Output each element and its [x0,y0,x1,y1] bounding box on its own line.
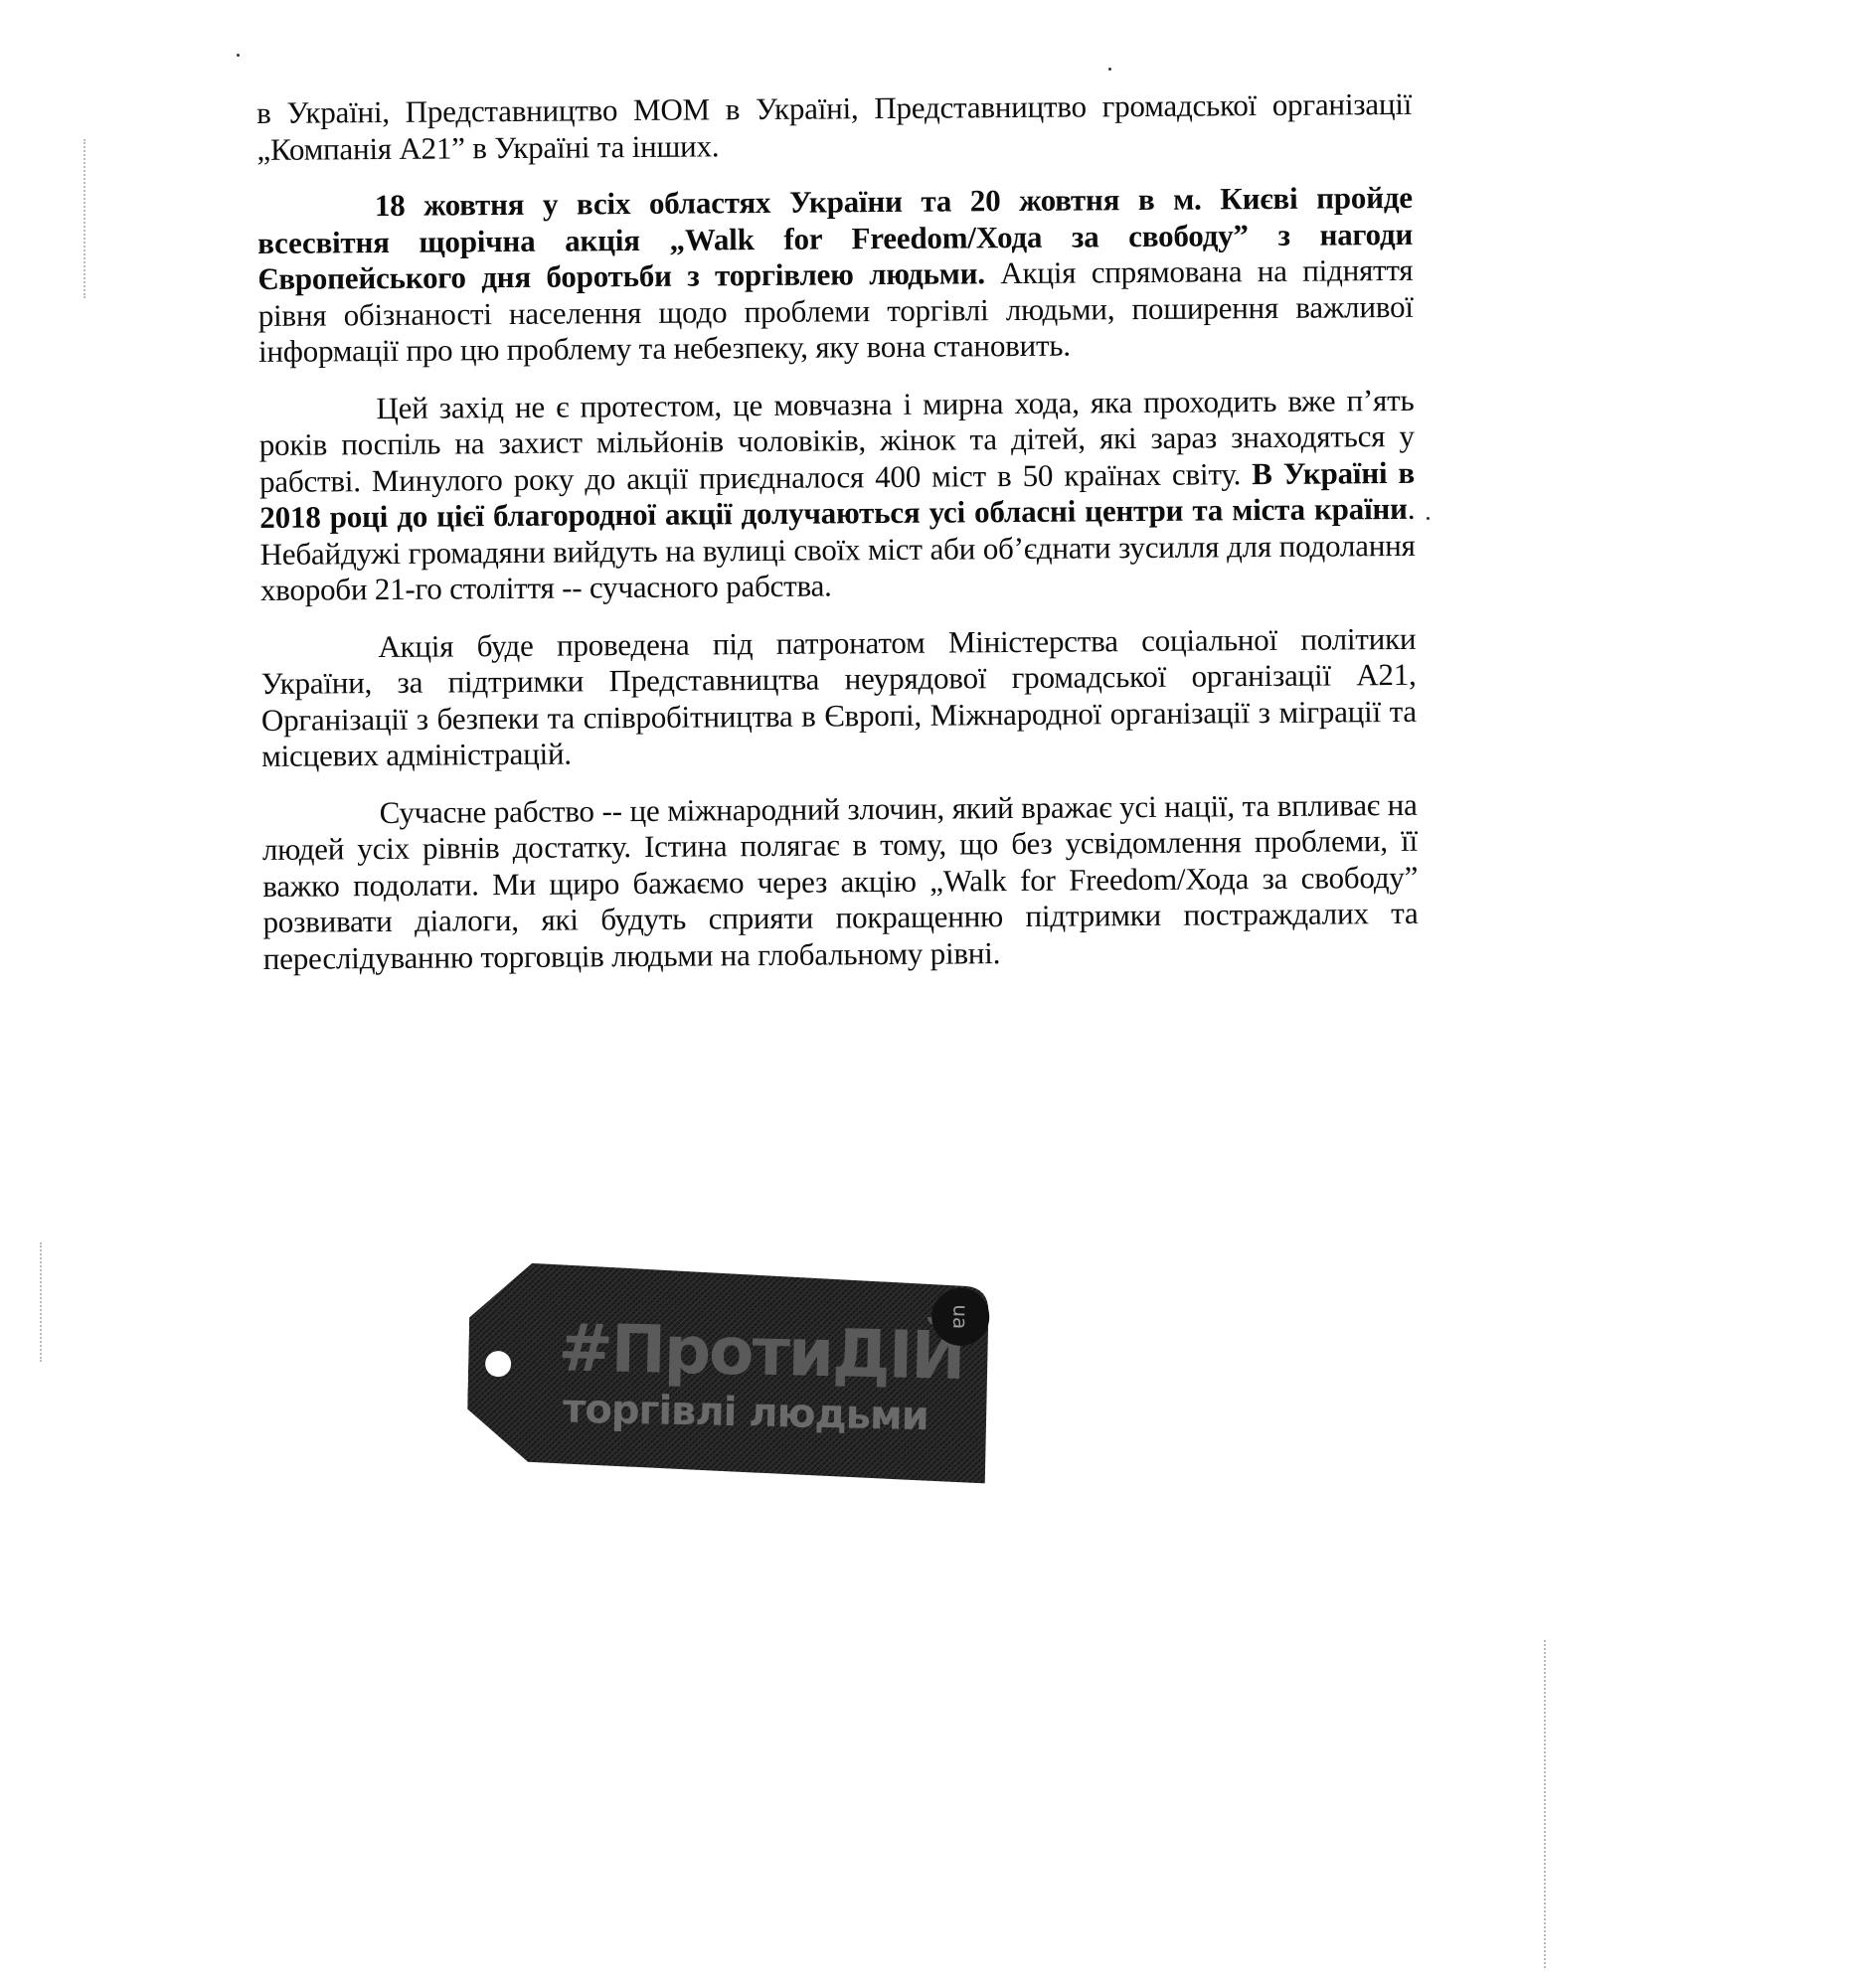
scan-artifact [40,1242,44,1362]
scan-artifact [1427,517,1430,520]
paragraph: Сучасне рабство -- це міжнародний злочин… [262,786,1419,977]
paragraph: в Україні, Представництво МОМ в Україні,… [256,86,1413,168]
body-text: Сучасне рабство -- це міжнародний злочин… [262,786,1419,975]
document-body: в Україні, Представництво МОМ в Україні,… [256,86,1419,998]
paragraph: Акція буде проведена під патронатом Міні… [260,620,1417,774]
scan-artifact [1108,68,1111,71]
scan-artifact [84,139,87,298]
body-text: Цей захід не є протестом, це мовчазна і … [259,382,1415,498]
body-text: в Україні, Представництво МОМ в Україні,… [256,86,1412,167]
body-text: Акція буде проведена під патронатом Міні… [261,620,1418,773]
logo-main-text: #ПротиДІЙ [558,1315,964,1390]
paragraph: 18 жовтня у всіх областях України та 20 … [257,180,1414,371]
protydii-logo-tag: #ПротиДІЙ торгівлі людьми ua [466,1262,992,1484]
scan-artifact [1544,1640,1548,1968]
scanned-page: в Україні, Представництво МОМ в Україні,… [0,0,1855,1988]
scan-artifact [237,54,240,57]
logo-sub-text: торгівлі людьми [563,1390,928,1437]
paragraph: Цей захід не є протестом, це мовчазна і … [258,382,1416,608]
